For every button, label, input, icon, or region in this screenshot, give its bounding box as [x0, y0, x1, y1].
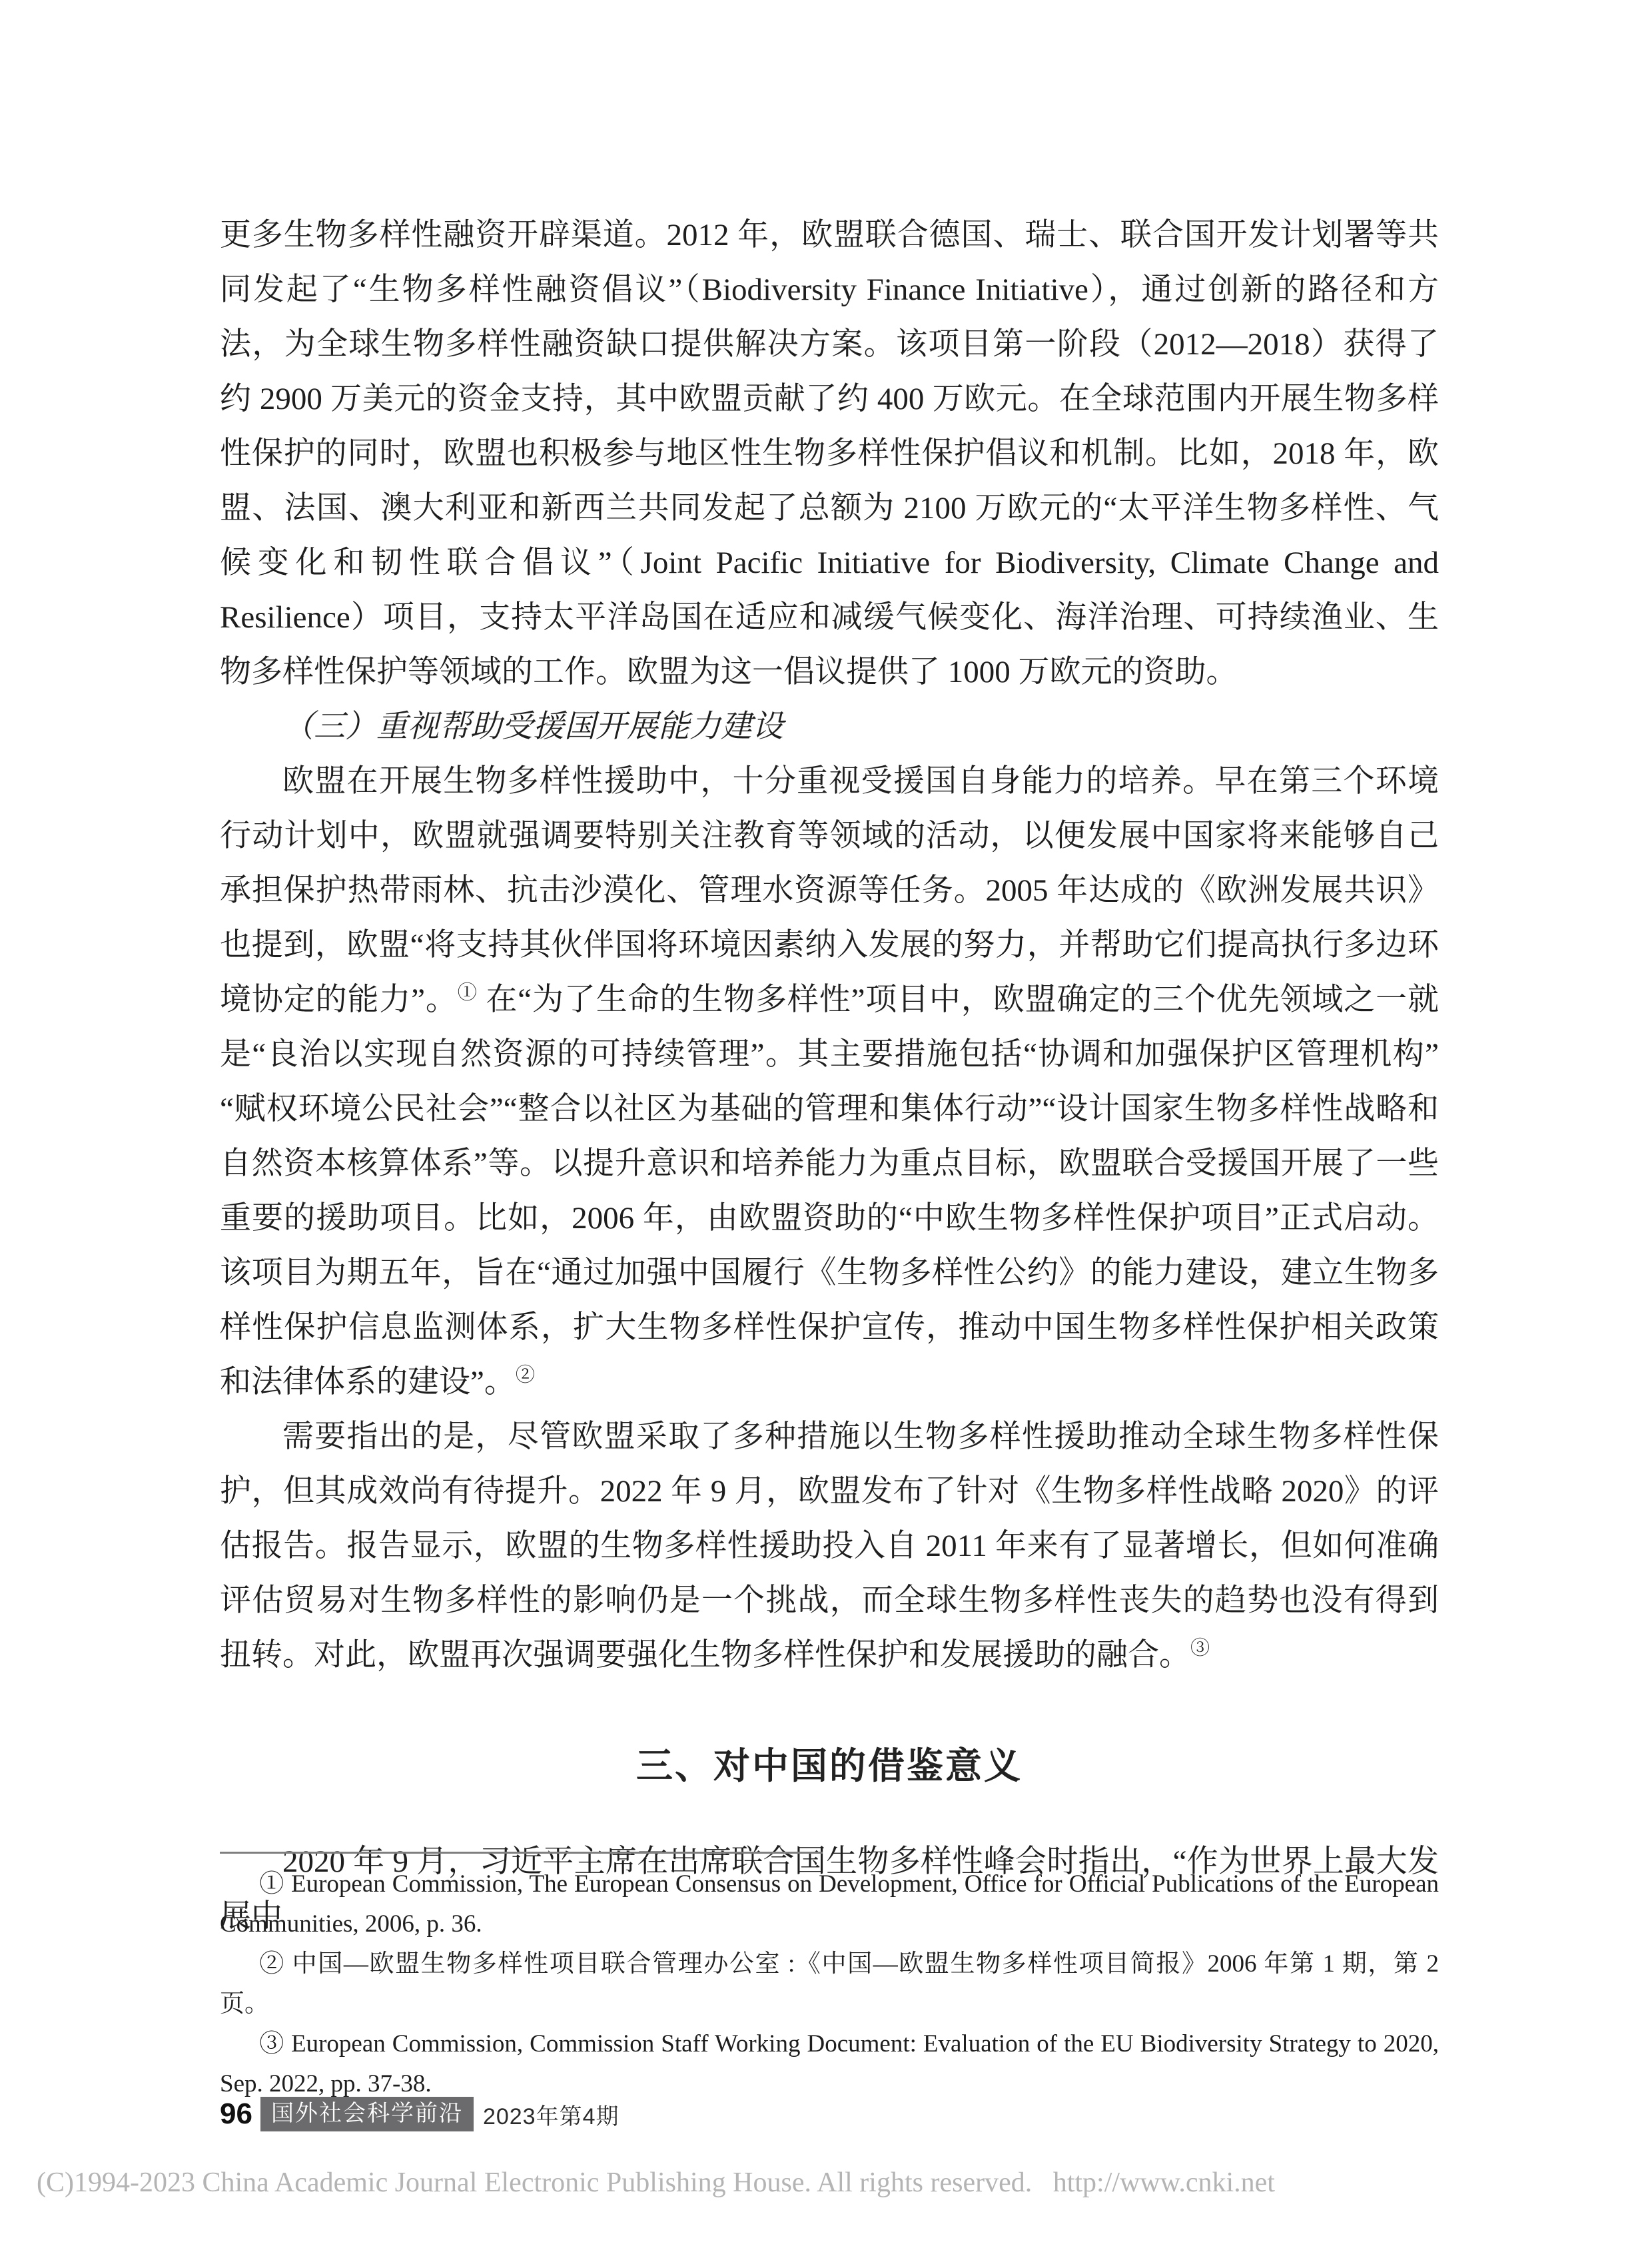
copyright-notice: (C)1994-2023 China Academic Journal Elec…: [37, 2166, 1275, 2199]
text-run: 欧盟在开展生物多样性援助中，十分重视受援国自身能力的培养。早在第三个环境行动计划…: [220, 764, 1439, 1017]
footnote-area: ① European Commission, The European Cons…: [220, 1852, 1439, 2104]
footnote: ② 中国—欧盟生物多样性项目联合管理办公室 :《中国—欧盟生物多样性项目简报》2…: [220, 1944, 1439, 2024]
footnote-reference-mark: ①: [458, 982, 478, 1003]
footnote-reference-mark: ②: [516, 1364, 535, 1385]
footnote-list: ① European Commission, The European Cons…: [220, 1864, 1439, 2104]
text-run: 在“为了生命的生物多样性”项目中，欧盟确定的三个优先领域之一就是“良治以实现自然…: [220, 982, 1439, 1399]
body-paragraph: 欧盟在开展生物多样性援助中，十分重视受援国自身能力的培养。早在第三个环境行动计划…: [220, 754, 1439, 1409]
body-paragraph: 更多生物多样性融资开辟渠道。2012 年，欧盟联合德国、瑞士、联合国开发计划署等…: [220, 208, 1439, 699]
journal-issue: 2023年第4期: [483, 2098, 619, 2131]
text-run: 更多生物多样性融资开辟渠道。2012 年，欧盟联合德国、瑞士、联合国开发计划署等…: [220, 218, 1439, 689]
body-paragraphs: 更多生物多样性融资开辟渠道。2012 年，欧盟联合德国、瑞士、联合国开发计划署等…: [220, 208, 1439, 1944]
text-run: 三、对中国的借鉴意义: [636, 1745, 1023, 1786]
footnote-separator-rule: [220, 1852, 823, 1854]
document-page: 更多生物多样性融资开辟渠道。2012 年，欧盟联合德国、瑞士、联合国开发计划署等…: [0, 0, 1652, 2242]
text-run: 需要指出的是，尽管欧盟采取了多种措施以生物多样性援助推动全球生物多样性保护，但其…: [220, 1419, 1439, 1673]
section-heading: 三、对中国的借鉴意义: [220, 1738, 1439, 1793]
footnote: ① European Commission, The European Cons…: [220, 1864, 1439, 1944]
article-body: 更多生物多样性融资开辟渠道。2012 年，欧盟联合德国、瑞士、联合国开发计划署等…: [220, 208, 1439, 1944]
footnote-reference-mark: ③: [1190, 1637, 1210, 1659]
text-run: （三）重视帮助受援国开展能力建设: [282, 709, 783, 744]
body-paragraph: 需要指出的是，尽管欧盟采取了多种措施以生物多样性援助推动全球生物多样性保护，但其…: [220, 1409, 1439, 1682]
page-footer: 96 国外社会科学前沿 2023年第4期: [220, 2097, 619, 2131]
page-number: 96: [220, 2097, 252, 2131]
footnote: ③ European Commission, Commission Staff …: [220, 2024, 1439, 2104]
subsection-heading: （三）重视帮助受援国开展能力建设: [220, 699, 1439, 754]
journal-name-badge: 国外社会科学前沿: [260, 2097, 474, 2131]
